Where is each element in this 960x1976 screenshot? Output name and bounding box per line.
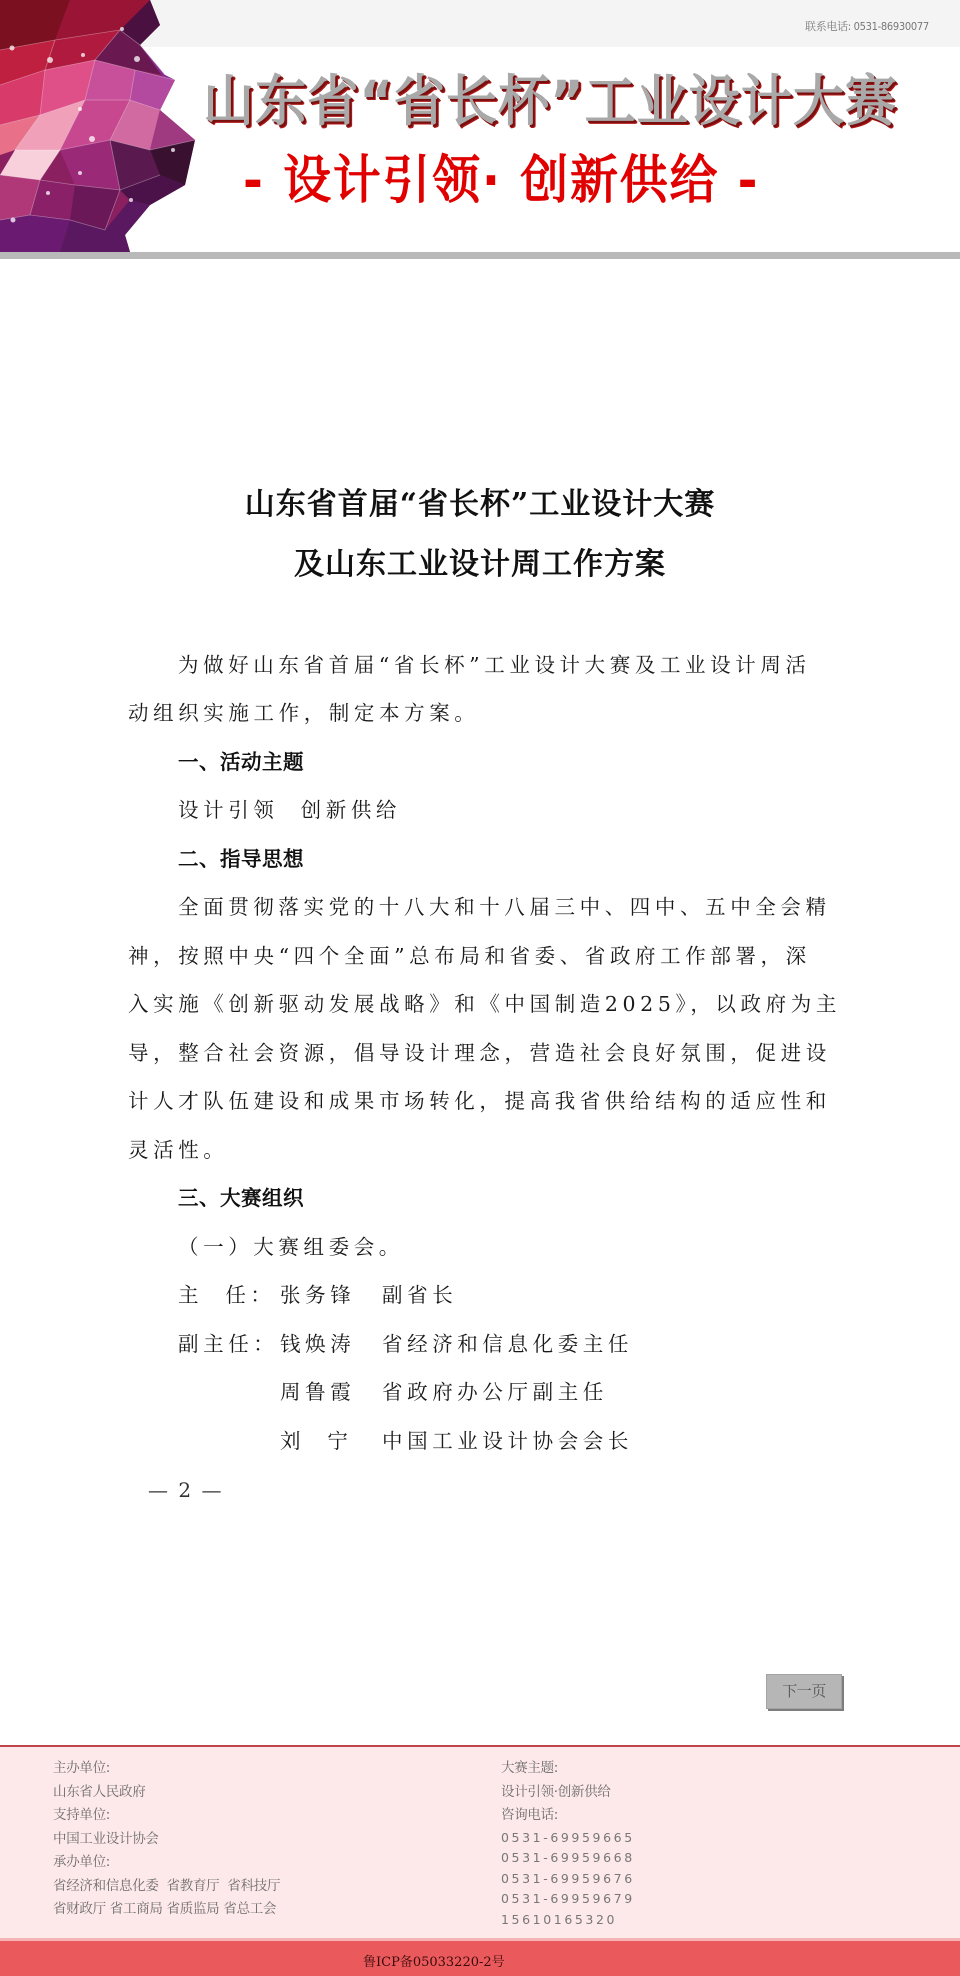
section-heading-guiding: 二、指导思想 <box>178 846 304 872</box>
committee-role-deputy: 副主任： <box>178 1331 278 1357</box>
next-page-button[interactable]: 下一页 <box>766 1674 842 1709</box>
footer-label-organizer: 承办单位: <box>53 1851 280 1875</box>
committee-title: 省政府办公厅副主任 <box>382 1379 608 1405</box>
footer-phone: 0531-69959676 <box>501 1869 635 1890</box>
paragraph-line: 为做好山东省首届“省长杯”工业设计大赛及工业设计周活 <box>178 652 811 678</box>
paragraph-line: 灵活性。 <box>128 1137 228 1163</box>
document-page: 山东省首届“省长杯”工业设计大赛 及山东工业设计周工作方案 为做好山东省首届“省… <box>0 259 960 1745</box>
committee-name: 刘 宁 <box>280 1428 352 1454</box>
footer-phone: 0531-69959665 <box>501 1828 635 1849</box>
subsection-heading: （一）大赛组委会。 <box>178 1234 404 1260</box>
footer-organizers-line-2: 省财政厅 省工商局 省质监局 省总工会 <box>53 1898 280 1922</box>
committee-name: 周鲁霞 <box>280 1379 355 1405</box>
footer-support: 中国工业设计协会 <box>53 1828 280 1852</box>
committee-name: 钱焕涛 <box>280 1331 355 1357</box>
section-heading-organization: 三、大赛组织 <box>178 1185 304 1211</box>
footer-contact: 大赛主题: 设计引领·创新供给 咨询电话: 0531-69959665 0531… <box>501 1757 635 1930</box>
banner-subtitle: - 设计引领· 创新供给 - <box>243 150 795 212</box>
paragraph-line: 全面贯彻落实党的十八大和十八届三中、四中、五中全会精 <box>178 894 831 920</box>
committee-title: 副省长 <box>382 1282 457 1308</box>
paragraph-line: 动组织实施工作，制定本方案。 <box>128 700 479 726</box>
icp-license-link[interactable]: 鲁ICP备05033220-2号 <box>0 1951 960 1970</box>
banner-divider <box>0 252 960 259</box>
footer-label-support: 支持单位: <box>53 1804 280 1828</box>
paragraph-line: 计人才队伍建设和成果市场转化，提高我省供给结构的适应性和 <box>128 1088 831 1114</box>
committee-name: 张务锋 <box>280 1282 355 1308</box>
footer-host: 山东省人民政府 <box>53 1781 280 1805</box>
contact-phone: 联系电话: 0531-86930077 <box>805 18 929 34</box>
footer-theme: 设计引领·创新供给 <box>501 1781 635 1805</box>
icp-bar: 鲁ICP备05033220-2号 <box>0 1941 960 1976</box>
paragraph-line: 导，整合社会资源，倡导设计理念，营造社会良好氛围，促进设 <box>128 1040 831 1066</box>
document-title-line-2: 及山东工业设计周工作方案 <box>0 539 960 583</box>
committee-role-director: 主 任： <box>178 1282 276 1308</box>
footer: 主办单位: 山东省人民政府 支持单位: 中国工业设计协会 承办单位: 省经济和信… <box>0 1745 960 1976</box>
footer-phone: 0531-69959668 <box>501 1848 635 1869</box>
footer-label-phone: 咨询电话: <box>501 1804 635 1828</box>
banner-title: 山东省“省长杯”工业设计大赛 <box>203 71 863 131</box>
paragraph-line: 神，按照中央“四个全面”总布局和省委、省政府工作部署，深 <box>128 943 811 969</box>
footer-label-theme: 大赛主题: <box>501 1757 635 1781</box>
footer-organizers-line-1: 省经济和信息化委 省教育厅 省科技厅 <box>53 1875 280 1899</box>
footer-phone: 15610165320 <box>501 1910 635 1931</box>
paragraph-line: 入实施《创新驱动发展战略》和《中国制造2025》，以政府为主 <box>128 991 841 1017</box>
section-heading-theme: 一、活动主题 <box>178 749 304 775</box>
footer-label-host: 主办单位: <box>53 1757 280 1781</box>
paragraph-line: 设计引领 创新供给 <box>178 797 401 823</box>
committee-title: 中国工业设计协会会长 <box>382 1428 633 1454</box>
committee-title: 省经济和信息化委主任 <box>382 1331 633 1357</box>
polygon-art-icon <box>0 0 200 252</box>
footer-organizers: 主办单位: 山东省人民政府 支持单位: 中国工业设计协会 承办单位: 省经济和信… <box>53 1757 280 1922</box>
document-title-line-1: 山东省首届“省长杯”工业设计大赛 <box>0 479 960 523</box>
page-number: — 2 — <box>148 1478 223 1502</box>
footer-phone: 0531-69959679 <box>501 1889 635 1910</box>
